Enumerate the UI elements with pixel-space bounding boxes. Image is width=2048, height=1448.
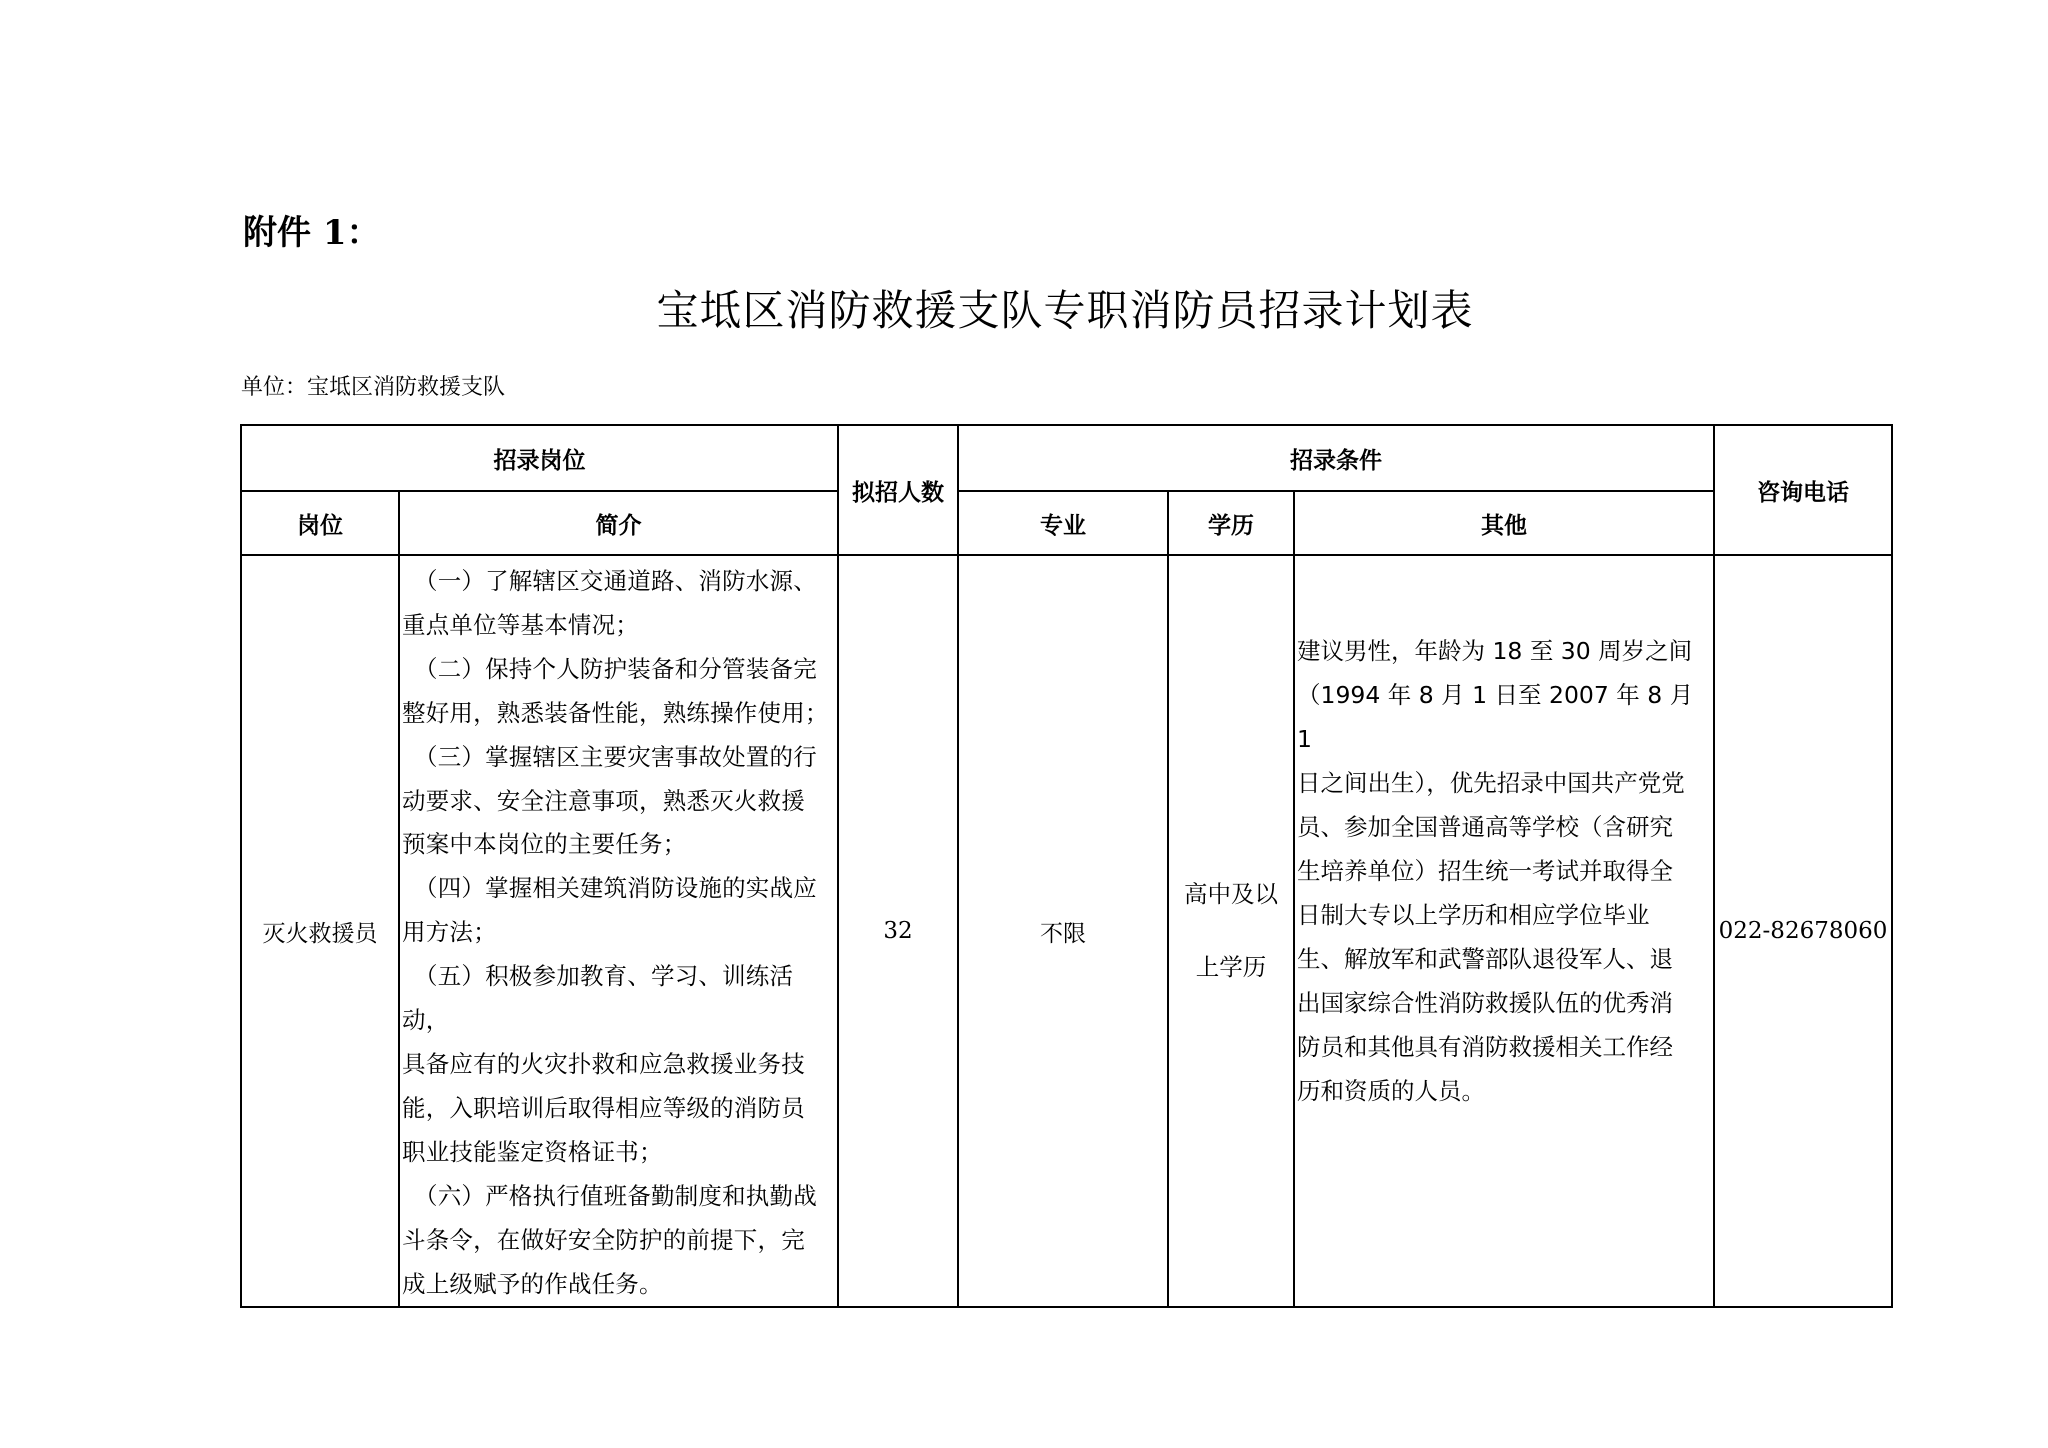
intro-line: （一）了解辖区交通道路、消防水源、 bbox=[402, 560, 837, 604]
intro-line: 动要求、安全注意事项，熟悉灭火救援 bbox=[402, 780, 837, 824]
other-line: 建议男性，年龄为 18 至 30 周岁之间 bbox=[1297, 629, 1713, 673]
intro-line: 能，入职培训后取得相应等级的消防员 bbox=[402, 1087, 837, 1131]
intro-line: （四）掌握相关建筑消防设施的实战应 bbox=[402, 867, 837, 911]
intro-line: （三）掌握辖区主要灾害事故处置的行 bbox=[402, 736, 837, 780]
unit-line: 单位：宝坻区消防救援支队 bbox=[241, 374, 505, 402]
other-line: 日之间出生），优先招录中国共产党党 bbox=[1297, 761, 1713, 805]
other-line: 防员和其他具有消防救援相关工作经 bbox=[1297, 1025, 1713, 1069]
header-planned-count: 拟招人数 bbox=[838, 425, 958, 555]
page-title: 宝坻区消防救援支队专职消防员招录计划表 bbox=[0, 286, 2048, 336]
cell-planned-count: 32 bbox=[838, 555, 958, 1307]
cell-other: 建议男性，年龄为 18 至 30 周岁之间 （1994 年 8 月 1 日至 2… bbox=[1294, 555, 1714, 1307]
recruitment-plan-table: 招录岗位 拟招人数 招录条件 咨询电话 岗位 简介 专业 学历 其他 灭火救援员… bbox=[240, 424, 1893, 1308]
intro-line: （五）积极参加教育、学习、训练活动， bbox=[402, 955, 837, 1043]
education-line: 高中及以 bbox=[1169, 858, 1293, 931]
intro-line: 斗条令，在做好安全防护的前提下，完 bbox=[402, 1219, 837, 1263]
cell-intro: （一）了解辖区交通道路、消防水源、 重点单位等基本情况； （二）保持个人防护装备… bbox=[399, 555, 838, 1307]
header-group-position: 招录岗位 bbox=[241, 425, 838, 491]
other-line: （1994 年 8 月 1 日至 2007 年 8 月 1 bbox=[1297, 673, 1713, 761]
other-line: 生培养单位）招生统一考试并取得全 bbox=[1297, 849, 1713, 893]
cell-education: 高中及以 上学历 bbox=[1168, 555, 1294, 1307]
intro-line: 用方法； bbox=[402, 911, 837, 955]
other-line: 员、参加全国普通高等学校（含研究 bbox=[1297, 805, 1713, 849]
cell-phone: 022-82678060 bbox=[1714, 555, 1892, 1307]
header-row-2: 岗位 简介 专业 学历 其他 bbox=[241, 491, 1892, 555]
other-line: 日制大专以上学历和相应学位毕业 bbox=[1297, 893, 1713, 937]
intro-line: 职业技能鉴定资格证书； bbox=[402, 1131, 837, 1175]
header-education: 学历 bbox=[1168, 491, 1294, 555]
other-line: 历和资质的人员。 bbox=[1297, 1069, 1713, 1113]
other-line: 出国家综合性消防救援队伍的优秀消 bbox=[1297, 981, 1713, 1025]
header-other: 其他 bbox=[1294, 491, 1714, 555]
intro-line: 预案中本岗位的主要任务； bbox=[402, 823, 837, 867]
education-line: 上学历 bbox=[1169, 931, 1293, 1004]
intro-line: 重点单位等基本情况； bbox=[402, 604, 837, 648]
intro-line: （六）严格执行值班备勤制度和执勤战 bbox=[402, 1175, 837, 1219]
cell-position: 灭火救援员 bbox=[241, 555, 399, 1307]
header-intro: 简介 bbox=[399, 491, 838, 555]
intro-line: （二）保持个人防护装备和分管装备完 bbox=[402, 648, 837, 692]
table-row: 灭火救援员 （一）了解辖区交通道路、消防水源、 重点单位等基本情况； （二）保持… bbox=[241, 555, 1892, 1307]
intro-line: 成上级赋予的作战任务。 bbox=[402, 1263, 837, 1307]
intro-line: 整好用，熟悉装备性能，熟练操作使用； bbox=[402, 692, 837, 736]
header-position: 岗位 bbox=[241, 491, 399, 555]
other-line: 生、解放军和武警部队退役军人、退 bbox=[1297, 937, 1713, 981]
header-phone: 咨询电话 bbox=[1714, 425, 1892, 555]
cell-major: 不限 bbox=[958, 555, 1168, 1307]
header-group-conditions: 招录条件 bbox=[958, 425, 1714, 491]
header-row-1: 招录岗位 拟招人数 招录条件 咨询电话 bbox=[241, 425, 1892, 491]
attachment-label: 附件 1： bbox=[243, 210, 381, 256]
intro-line: 具备应有的火灾扑救和应急救援业务技 bbox=[402, 1043, 837, 1087]
header-major: 专业 bbox=[958, 491, 1168, 555]
